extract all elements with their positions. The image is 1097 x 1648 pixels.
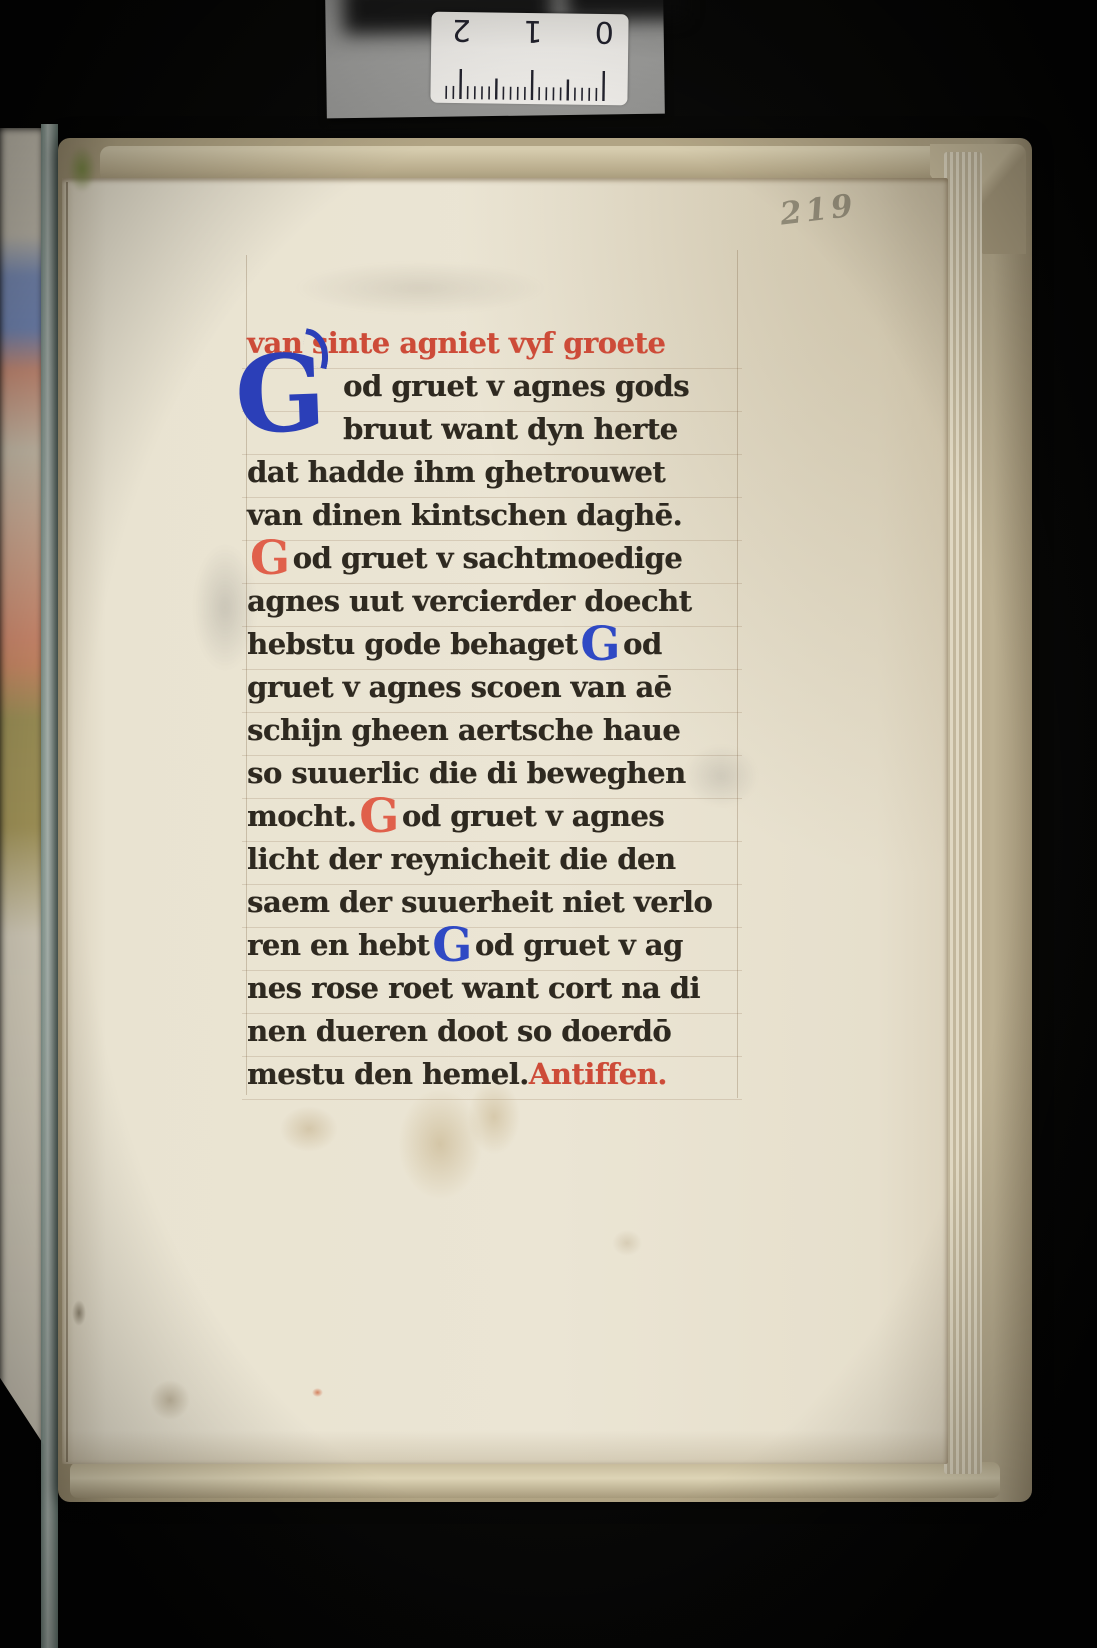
text-line: licht der reynicheit die den (247, 838, 747, 881)
glass-plate-edge (41, 124, 58, 1648)
fore-edge-page-stack (944, 152, 982, 1474)
text-line: hebstu gode behagetGod (247, 623, 747, 666)
text-segment: od gruet v ag (475, 928, 683, 962)
ruler-number-2: 2 (452, 12, 472, 47)
text-segment: ren en hebt (247, 928, 429, 962)
text-line: ren en hebtGod gruet v ag (247, 924, 747, 967)
versal-initial: G (580, 625, 620, 665)
ruler-scale: 0 1 2 (430, 12, 628, 106)
gutter-crease (66, 182, 68, 1462)
cover-top-edge (100, 146, 1012, 182)
text-segment: od gruet v agnes gods (343, 369, 689, 403)
text-line: mocht.God gruet v agnes (247, 795, 747, 838)
text-line: nes rose roet want cort na di (247, 967, 747, 1010)
text-line: nen dueren doot so doerdō (247, 1010, 747, 1053)
text-segment: mocht. (247, 799, 356, 833)
text-segment: mestu den hemel. (247, 1057, 529, 1091)
text-segment: agnes uut vercierder doecht (247, 584, 691, 618)
ruler-ticks (446, 69, 604, 101)
versal-initial: G (250, 539, 290, 579)
text-segment: Antiffen. (529, 1057, 667, 1091)
text-line: so suuerlic die di beweghen (247, 752, 747, 795)
text-segment: od gruet v sachtmoedige (293, 541, 683, 575)
facing-page-miniature-edge (0, 128, 44, 1472)
ruler-sticker: 0 1 2 (430, 12, 628, 106)
text-segment: nen dueren doot so doerdō (247, 1014, 671, 1048)
text-line: gruet v agnes scoen van aē (247, 666, 747, 709)
text-block: G van sinte agniet vyf groeteod gruet v … (247, 322, 747, 1096)
text-segment: bruut want dyn herte (343, 412, 678, 446)
text-segment: schijn gheen aertsche haue (247, 713, 680, 747)
text-line: schijn gheen aertsche haue (247, 709, 747, 752)
text-line: van dinen kintschen daghē. (247, 494, 747, 537)
versal-initial: G (359, 797, 399, 837)
text-segment: van dinen kintschen daghē. (247, 498, 682, 532)
versal-initial: G (432, 926, 472, 966)
text-line: saem der suuerheit niet verlo (247, 881, 747, 924)
text-line: God gruet v sachtmoedige (247, 537, 747, 580)
text-line: dat hadde ihm ghetrouwet (247, 451, 747, 494)
text-line: agnes uut vercierder doecht (247, 580, 747, 623)
ruler-number-1: 1 (523, 13, 543, 48)
manuscript-photograph: 219 G van sinte agniet vyf groeteod grue… (0, 0, 1097, 1648)
text-segment: licht der reynicheit die den (247, 842, 675, 876)
text-segment: saem der suuerheit niet verlo (247, 885, 712, 919)
text-segment: hebstu gode behaget (247, 627, 577, 661)
text-segment: od gruet v agnes (402, 799, 664, 833)
text-segment: gruet v agnes scoen van aē (247, 670, 672, 704)
cover-bottom-edge (70, 1462, 1000, 1498)
text-segment: od (623, 627, 662, 661)
text-segment: nes rose roet want cort na di (247, 971, 700, 1005)
drop-cap-initial: G (233, 346, 327, 441)
text-segment: dat hadde ihm ghetrouwet (247, 455, 665, 489)
text-line: mestu den hemel.Antiffen. (247, 1053, 747, 1096)
text-segment: so suuerlic die di beweghen (247, 756, 686, 790)
ruler-number-0: 0 (595, 14, 615, 49)
